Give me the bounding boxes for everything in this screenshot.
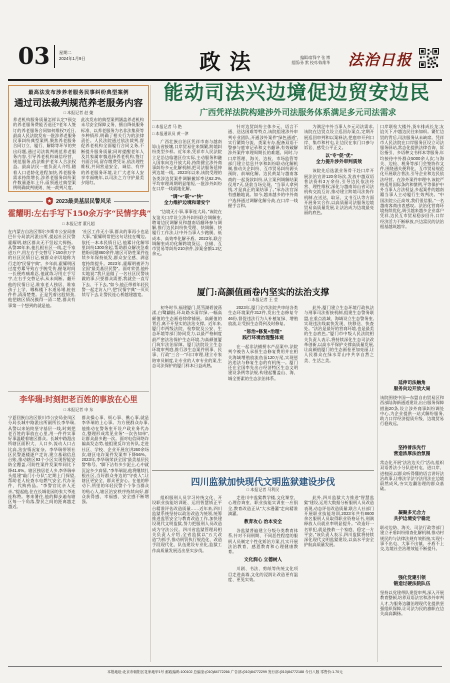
- body-column: □ 本报记者 马 艳 □ 本报通讯员 黄一津 广西壮族自治区凭祥市南与越南谅山省…: [152, 124, 222, 282]
- page-footer: 本报地址:北京市朝阳区花家地甲1号 邮政编码:100102 总编室:(010)8…: [8, 666, 442, 675]
- subhead-line: 共护边境安宁稳定: [380, 516, 444, 522]
- body-column: 为满足中外当事人多元司法需求,该院在边贸点设立巡回办案点,定期开展巡回审判和以案…: [304, 124, 374, 282]
- subhead: 延伸司法触角 服务向边开放大局: [380, 380, 444, 392]
- subhead-line: 服务向边开放大局: [380, 386, 444, 392]
- body-column: 针对边贸纠纷主体多元、语言不通、送达困难等特点,该院组建涉外审判专业团队,开通涉…: [228, 124, 298, 282]
- rail-item-body: 该院围绕中国—东盟自由贸易区和西部陆海新通道建设,出台服务保障措施20条,设立涉…: [380, 395, 444, 441]
- body-paragraph: 初冬时节,福建厦门,筼筜湖碧波荡漾,白鹭翩跹,环岛路水清岸绿,一幅高颜值的生态画…: [152, 305, 222, 368]
- body-column: 走进川中监狱教学楼,文化课堂、心理咨询室、职业技能实训室一应俱全,教育改造正从“…: [228, 495, 298, 660]
- body-column: 在内蒙古自治区鄂尔多斯市公安局康巴什分局滨河派出所,提起社区民警霍耀明,辖区群众…: [8, 229, 76, 387]
- article-byline: □ 本报记者 董凡超: [8, 221, 149, 226]
- editor-line-2: 组版/孙 默 校对/陈维华: [292, 61, 330, 66]
- subhead: 强化党建引领 锻造过硬法院队伍: [380, 575, 444, 587]
- series-badge: 2023最美基层民警风采: [8, 197, 149, 205]
- body-paragraph: 为满足中外当事人多元司法需求,该院在边贸点设立巡回办案点,定期开展巡回审判和以案…: [304, 124, 374, 150]
- body-paragraph: 此外,厦门建立生态环境行政执法与刑事司法衔接机制,组建生态警务联盟,在重点流域、…: [304, 305, 374, 363]
- article-body-li: 宁夏回族自治区银川市公安局金凤区分局长城中路派出所副所长李华瑞,从警以来始终坚守…: [8, 415, 149, 661]
- body-paragraph: 在一起非法捕捞水产品案中,法院判令被告人承担生态修复费用并在相关海域增殖放流鱼苗…: [228, 344, 298, 381]
- rail-item-body: 常态化开展“法治边关行”活动,组织双语普法小分队进村屯、进口岸、进校园,以群众听…: [380, 460, 444, 506]
- article-headline: 通过司法裁判规范养老服务内容: [13, 98, 144, 109]
- article-divider: [8, 391, 149, 392]
- header-rule: [8, 79, 442, 81]
- body-column: 此外,厦门建立生态环境行政执法与刑事司法衔接机制,组建生态警务联盟,在重点流域、…: [304, 305, 374, 465]
- article-kicker: 最高法发布涉养老服务民事纠纷典型案例: [13, 89, 144, 96]
- body-paragraph: 此外,四川监狱大力推进“智慧监狱”建设,运用大数据分析服刑人员改造表现,动态评估…: [304, 495, 374, 548]
- article-body-sichuan: 组织服刑人员学习传统文化、开设职业技能培训班、运用智慧矫正平台精准评估改造质量……: [152, 495, 374, 660]
- body-column: 此外,四川监狱大力推进“智慧监狱”建设,运用大数据分析服刑人员改造表现,动态评估…: [304, 495, 374, 660]
- editor-credits: 编辑/席锋宇 张 博 组版/孙 默 校对/陈维华: [292, 56, 330, 67]
- subhead: “惩治+修复+治理” 践行环境治理整体观: [228, 329, 298, 341]
- article-body-huo: 在内蒙古自治区鄂尔多斯市公安局康巴什分局滨河派出所,提起社区民警霍耀明,辖区群众…: [8, 229, 149, 387]
- body-paragraph: 各监狱普遍建立分级分类教育体系,针对不同刑期、不同恶性程度的服刑人员制定个性化矫…: [228, 528, 298, 554]
- body-column: 此次发布的典型案例涵盖养老机构未尽安全保障义务、擅自降低服务标准、以养老服务为名…: [81, 117, 144, 193]
- newspaper-page: 03 星期二 2024年1月9日 政法 编辑/席锋宇 张 博 组版/孙 默 校对…: [0, 0, 450, 683]
- article-body-pingxiang: □ 本报记者 马 艳 □ 本报通讯员 黄一津 广西壮族自治区凭祥市南与越南谅山省…: [152, 124, 374, 282]
- rail-item: 延伸司法触角 服务向边开放大局 该院围绕中国—东盟自由贸易区和西部陆海新通道建设…: [380, 380, 444, 441]
- subhead-line: 全力提升涉外审判质效: [304, 159, 374, 165]
- main-headline: 能动司法兴边境促边贸安边民: [150, 82, 444, 104]
- body-column: 宁夏回族自治区银川市公安局金凤区分局长城中路派出所副所长李华瑞,从警以来始终坚守…: [8, 415, 76, 661]
- body-paragraph: 该院先后选派业务骨干赴口岸开展法治宣讲120余场次,发放中越双语普法资料3万余份…: [304, 168, 374, 215]
- badge-rule: [8, 201, 43, 202]
- police-badge-icon: [46, 197, 53, 205]
- body-paragraph: 针对边贸纠纷主体多元、语言不通、送达困难等特点,该院组建涉外审判专业团队,开通涉…: [228, 124, 298, 208]
- badge-label: 2023最美基层民警风采: [56, 197, 111, 205]
- subhead-line: 践行环境治理整体观: [228, 335, 298, 341]
- body-paragraph: 走进川中监狱教学楼,文化课堂、心理咨询室、职业技能实训室一应俱全,教育改造正从“…: [228, 495, 298, 516]
- article-rail-column: 口岸联检大楼外,货车排成长龙;友谊关下,中越边民往来如织。繁忙边贸的背后,司法服…: [380, 124, 444, 660]
- masthead-logo: 法治日报: [348, 49, 412, 70]
- article-byline: □ 本报通讯员 黄一津: [152, 131, 222, 136]
- body-paragraph: 广西壮族自治区凭祥市南与越南谅山省接壤,口岸贸易往来频繁,跨境纠纷类型多样。近年…: [152, 139, 222, 192]
- rail-item-body: 坚持以党建带队建促审判,深入开展教育整顿,培养双语法官和涉外审判人才,为服务边疆…: [380, 590, 444, 636]
- headline-rule: [152, 120, 444, 121]
- body-column: 初冬时节,福建厦门,筼筜湖碧波荡漾,白鹭翩跹,环岛路水清岸绿,一幅高颜值的生态画…: [152, 305, 222, 465]
- body-paragraph: 2023年,厦门全市法院共审结各类生态环境案件312件,发出生态修复令46份,督…: [228, 305, 298, 326]
- article-body-xiamen: 初冬时节,福建厦门,筼筜湖碧波荡漾,白鹭翩跹,环岛路水清岸绿,一幅高颜值的生态画…: [152, 305, 374, 465]
- qr-code-icon: [419, 48, 439, 68]
- subhead: 文化润心 立德树人: [228, 557, 298, 563]
- body-paragraph: “边境无小事,事事连大局。”该院在友谊关口岸设立涉外纠纷联合调解室,聘请边民调解…: [152, 209, 222, 256]
- subhead: 坚持普法先行 营造浓厚法治氛围: [380, 445, 444, 457]
- body-column: 养老机构服务质量怎样认定?预交的养老服务费能否退还?老年人签订的养老服务合同如何…: [13, 117, 76, 193]
- rail-item: 凝聚多元合力 共护边境安宁稳定 联动边防、海关、司法行政等部门建立矛盾纠纷排查化…: [380, 510, 444, 571]
- subhead: 以“专”促“优” 全力提升涉外审判质效: [304, 153, 374, 165]
- article-headline-li: 李华瑞:时刻把老百姓的事放在心里: [8, 395, 149, 404]
- badge-rule: [114, 201, 149, 202]
- rail-intro: 口岸联检大楼外,货车排成长龙;友谊关下,中越边民往来如织。繁忙边贸的背后,司法服…: [380, 124, 444, 376]
- subhead-line: 全力维护边境和谐安宁: [152, 200, 222, 206]
- body-column: 组织服刑人员学习传统文化、开设职业技能培训班、运用智慧矫正平台精准评估改造质量……: [152, 495, 222, 660]
- article-byline: □ 本报记者 申 东: [8, 407, 149, 412]
- body-paragraph: 组织服刑人员学习传统文化、开设职业技能培训班、运用智慧矫正平台精准评估改造质量……: [152, 495, 222, 553]
- main-subtitle: 广西凭祥法院构建涉外司法服务体系满足多元司法需求: [152, 107, 444, 118]
- subhead-line: 营造浓厚法治氛围: [380, 451, 444, 457]
- article-byline: □ 本报记者 赵 婕: [13, 110, 144, 115]
- body-paragraph: 川剧、书法、剪纸等传统文化项目走进高墙,文化的浸润让改造更有温度、更见实效。: [228, 566, 298, 582]
- body-column: “社区工作无小事,群众的事再小也是大事。”霍耀明常把这句话挂在嘴边。依托一本本民…: [82, 229, 150, 387]
- rail-item: 强化党建引领 锻造过硬法院队伍 坚持以党建带队建促审判,深入开展教育整顿,培养双…: [380, 575, 444, 636]
- body-column: 群众操心事、烦心事、揪心事,就是李华瑞的上心事。为方便群众办事,他推动在警务室开…: [82, 415, 150, 661]
- article-byline: □ 本报记者 马 艳: [152, 124, 222, 129]
- subhead: 凝聚多元合力 共护边境安宁稳定: [380, 510, 444, 522]
- article-headline-huo: 霍耀明:左右手写下150余万字“民情字典”: [8, 209, 149, 218]
- subhead: 教育攻心 治本安全: [228, 519, 298, 525]
- rail-item-body: 联动边防、海关、司法行政等部门建立矛盾纠纷排查化解机制,推动村规民约与法律法规有…: [380, 525, 444, 571]
- article-divider: [152, 470, 374, 471]
- article-byline: □ 本报记者 王 莹: [152, 297, 374, 302]
- subhead: “调”+“联”+“快” 全力维护边境和谐安宁: [152, 194, 222, 206]
- column-divider: [150, 85, 151, 662]
- article-byline: □ 本报记者 马利民: [152, 487, 374, 492]
- article-elderly-care: 最高法发布涉养老服务民事纠纷典型案例 通过司法裁判规范养老服务内容 □ 本报记者…: [8, 85, 149, 192]
- body-column: 2023年,厦门全市法院共审结各类生态环境案件312件,发出生态修复令46份,督…: [228, 305, 298, 465]
- column-divider: [377, 124, 378, 662]
- rail-item: 坚持普法先行 营造浓厚法治氛围 常态化开展“法治边关行”活动,组织双语普法小分队…: [380, 445, 444, 506]
- subhead-line: 锻造过硬法院队伍: [380, 581, 444, 587]
